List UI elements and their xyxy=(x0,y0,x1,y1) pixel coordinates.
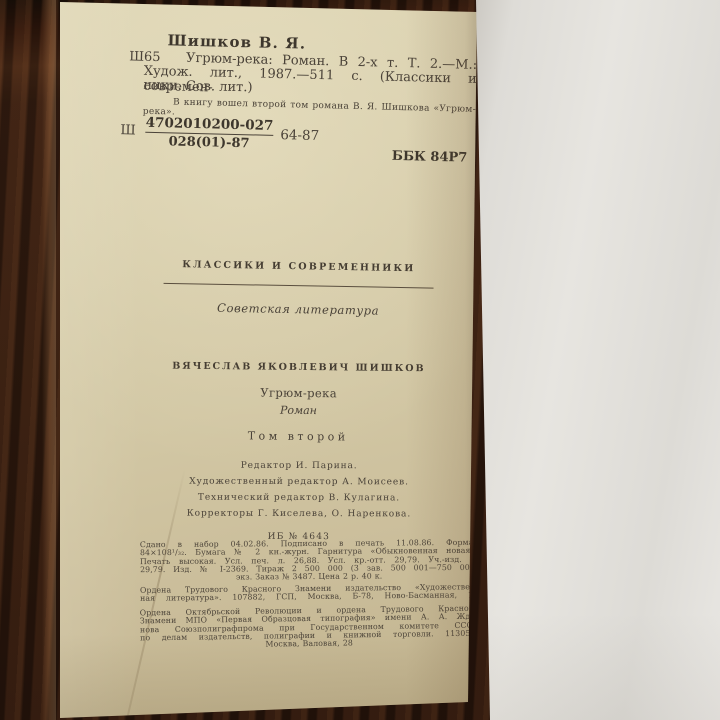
imprint-data-block: Сдано в набор 04.02.86. Подписано в печа… xyxy=(140,539,478,583)
index-prefix: Ш xyxy=(120,122,136,138)
author-header: Шишков В. Я. xyxy=(167,31,306,52)
genre-label: Роман xyxy=(114,402,482,419)
series-subtitle: Советская литература xyxy=(114,299,482,319)
credit-line: Технический редактор В. Кулагина. xyxy=(115,489,483,506)
author-full-name: ВЯЧЕСЛАВ ЯКОВЛЕВИЧ ШИШКОВ xyxy=(115,360,483,375)
title-block: ВЯЧЕСЛАВ ЯКОВЛЕВИЧ ШИШКОВ Угрюм-река Ром… xyxy=(114,360,483,445)
catalog-index-fraction: 4702010200-027 028(01)-87 xyxy=(145,115,274,152)
credit-line: Редактор И. Парина. xyxy=(115,457,483,474)
imprint-page: Шишков В. Я. Ш65 Угрюм-река: Роман. В 2-… xyxy=(58,0,482,720)
series-block: КЛАССИКИ И СОВРЕМЕННИКИ Советская литера… xyxy=(114,258,483,319)
bbk-code: ББК 84Р7 xyxy=(392,149,468,166)
catalog-line: ники. Сов. лит.) xyxy=(143,78,252,96)
photo-scene: Шишков В. Я. Ш65 Угрюм-река: Роман. В 2-… xyxy=(0,0,720,720)
horizontal-rule xyxy=(164,283,434,289)
catalog-block: Шишков В. Я. Ш65 Угрюм-река: Роман. В 2-… xyxy=(115,22,483,31)
next-blank-page xyxy=(456,0,720,720)
index-denominator: 028(01)-87 xyxy=(145,133,273,152)
printer-block: Ордена Октябрьской Революции и ордена Тр… xyxy=(140,605,479,651)
volume-label: Том второй xyxy=(114,428,482,445)
publisher-line: ная литература». 107882, ГСП, Москва, Б-… xyxy=(140,592,478,604)
publisher-block: Ордена Трудового Красного Знамени издате… xyxy=(140,583,478,603)
book-title: Угрюм-река xyxy=(115,384,483,402)
series-title: КЛАССИКИ И СОВРЕМЕННИКИ xyxy=(115,258,483,275)
credit-line: Корректоры Г. Киселева, О. Наренкова. xyxy=(115,505,483,522)
index-suffix: 64-87 xyxy=(280,127,319,144)
wood-grain-highlight xyxy=(42,0,56,720)
credit-line: Художественный редактор А. Моисеев. xyxy=(115,473,483,490)
